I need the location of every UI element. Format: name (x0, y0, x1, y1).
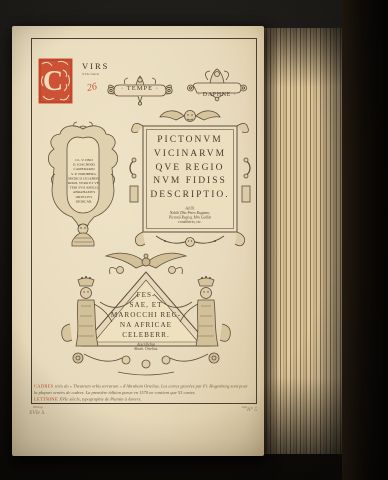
fessae-title-line: NA AFRICAE (91, 320, 201, 330)
pictonum-title-line: VICINARVM (135, 148, 245, 162)
book-cover (342, 0, 388, 480)
fessae-title: FES- SAE, ET MAROCCHI REG- NA AFRICAE CE… (91, 290, 201, 340)
tempe-label: · TEMPE · (115, 85, 165, 92)
series-mark: XVIe S. (29, 410, 46, 416)
fessae-title-line: SAE, ET (91, 300, 201, 310)
fessae-script-line: Abrah. Ortelius. (96, 347, 196, 352)
period-label: XVIe Siècle (82, 72, 99, 76)
daphne-banner-engraving (186, 64, 248, 106)
book-page: C VIRS XVIe Siècle 26 · TEMPE · (12, 26, 264, 456)
dedication-text: CL. V. DNO D. IOACHIMO CAMERARIO S. P. N… (54, 158, 114, 204)
pictonum-title-line: NVM FIDISS (135, 175, 245, 189)
credit-right: Imp. (198, 405, 248, 409)
handwritten-number: 26 (86, 81, 98, 94)
plate-number: N° 5 (247, 407, 257, 413)
pictonum-title: PICTONVM VICINARVM QVE REGIO NVM FIDISS … (135, 134, 245, 203)
initial-letter: C (43, 66, 63, 97)
fore-edge (261, 28, 344, 454)
fessae-title-line: CELEBERR. (91, 330, 201, 340)
caption-text-3: XVIe siècle, typographie de Plantin à An… (59, 396, 141, 401)
fessae-title-line: MAROCCHI REG- (91, 310, 201, 320)
caption-line-1: CADREStirés du « Theatrum orbis terrarum… (34, 383, 254, 389)
caption-lead-3: LETTRINE (34, 396, 58, 401)
dedication-line: DEDICAB. (54, 199, 114, 204)
caption: CADREStirés du « Theatrum orbis terrarum… (34, 383, 254, 402)
caption-text-1: tirés du « Theatrum orbis terrarum » d'A… (55, 384, 248, 389)
daphne-label: · DAPHNE · (192, 92, 242, 98)
series-label: VIRS (82, 61, 109, 71)
fessae-title-line: FES- (91, 290, 201, 300)
pictonum-script: Ad Ill. Nobili Dño Petro Rogiano, Picton… (130, 206, 250, 224)
caption-text-2: la plupart ornées de cadres. La première… (34, 390, 196, 395)
credit-left: Héliog. (33, 405, 43, 409)
caption-line-3: LETTRINEXVIe siècle, typographie de Plan… (34, 396, 254, 402)
book-photo: C VIRS XVIe Siècle 26 · TEMPE · (0, 0, 388, 480)
pictonum-script-line: consiliario, etc. (130, 220, 250, 225)
pictonum-title-line: PICTONVM (135, 134, 245, 148)
fessae-script: describebat Abrah. Ortelius. (96, 342, 196, 351)
caption-lead-1: CADRES (34, 384, 54, 389)
pictonum-title-line: QVE REGIO (135, 162, 245, 176)
pictonum-title-line: DESCRIPTIO. (135, 189, 245, 203)
decorated-initial: C (38, 58, 73, 104)
